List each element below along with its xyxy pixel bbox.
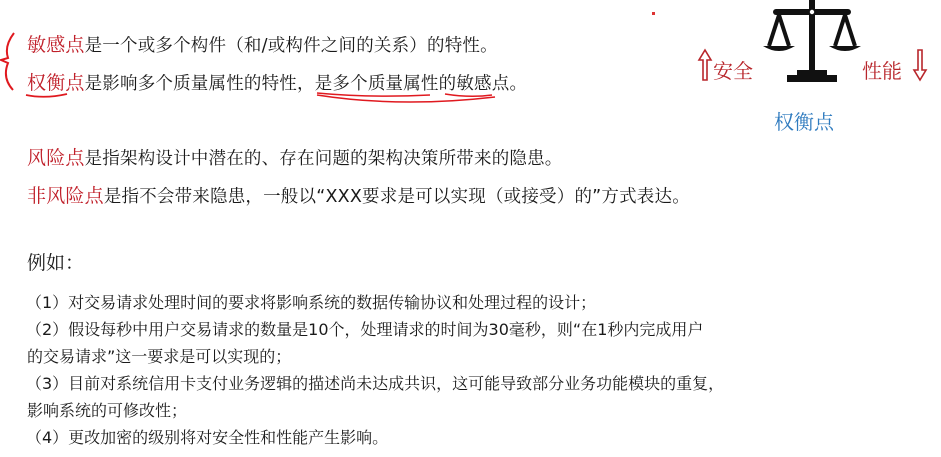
term-sensitivity-point: 敏感点 — [27, 34, 85, 56]
example-line: 影响系统的可修改性； — [27, 398, 187, 421]
examples-heading: 例如： — [27, 248, 84, 275]
term-non-risk-point: 非风险点 — [27, 185, 104, 207]
annotation-underlines — [0, 88, 600, 118]
down-arrow-icon — [913, 48, 927, 82]
right-label-performance: 性能 — [862, 55, 902, 84]
term-risk-point: 风险点 — [27, 147, 85, 169]
example-line: （2）假设每秒中用户交易请求的数量是10个，处理请求的时间为30毫秒，则“在1秒… — [26, 317, 703, 340]
definition-text: 是指不会带来隐患，一般以“XXX要求是可以实现（或接受）的”方式表达。 — [104, 187, 690, 207]
definition-non-risk-point: 非风险点是指不会带来隐患，一般以“XXX要求是可以实现（或接受）的”方式表达。 — [27, 181, 690, 208]
example-line: （1）对交易请求处理时间的要求将影响系统的数据传输协议和处理过程的设计； — [26, 290, 596, 313]
definition-text: 是一个或多个构件（和/或构件之间的关系）的特性。 — [85, 36, 498, 56]
left-label-security: 安全 — [713, 55, 753, 84]
diagram-caption: 权衡点 — [774, 106, 834, 135]
balance-scale-icon — [763, 0, 863, 90]
definition-sensitivity-point: 敏感点是一个或多个构件（和/或构件之间的关系）的特性。 — [27, 30, 498, 57]
definition-risk-point: 风险点是指架构设计中潜在的、存在问题的架构决策所带来的隐患。 — [27, 143, 563, 170]
up-arrow-icon — [698, 48, 712, 82]
annotation-dot — [652, 12, 655, 15]
definition-text: 是指架构设计中潜在的、存在问题的架构决策所带来的隐患。 — [85, 149, 563, 169]
example-line: （4）更改加密的级别将对安全性和性能产生影响。 — [26, 425, 388, 448]
example-line: 的交易请求”这一要求是可以实现的； — [27, 344, 291, 367]
example-line: （3）目前对系统信用卡支付业务逻辑的描述尚未达成共识，这可能导致部分业务功能模块… — [26, 371, 724, 394]
